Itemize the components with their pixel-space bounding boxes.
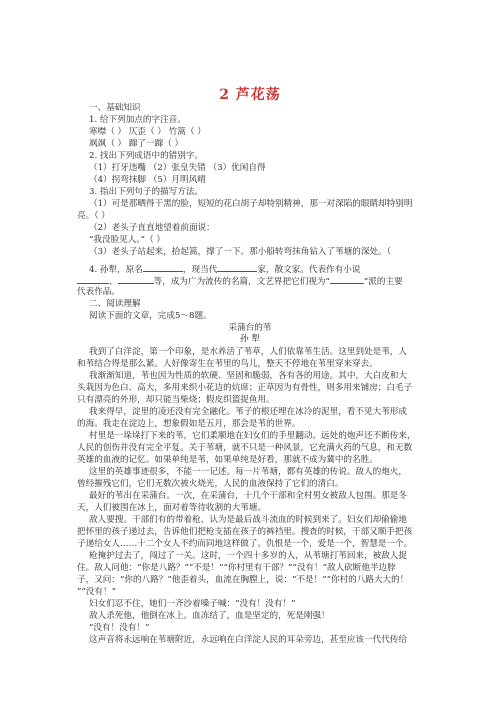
- question-1-row-2: 飒飒（ ） 蹿了一蹿（ ）: [89, 139, 183, 150]
- article-line: ”“没有！”: [77, 587, 116, 598]
- article-line: 敌人要搜。干部们有的带着枪，认为是最后战斗流血的时候到来了。妇女们却偷偷地: [89, 515, 407, 526]
- article-line: 这声音将永远响在苇塘附近，永远响在白洋淀人民的耳朵旁边，甚至应该一代代传给: [89, 635, 407, 646]
- reading-instruction: 阅读下面的文章，完成5～8题。: [89, 311, 212, 322]
- blank-profession[interactable]: [217, 263, 257, 272]
- question-2-prompt: 2. 找出下列成语中的错别字。: [89, 151, 203, 162]
- article-author: 孙 犁: [0, 334, 500, 345]
- q4-text-c: 家，散文家。代表作有小说: [257, 265, 360, 275]
- q4-text-e: 等，成为广为流传的名篇，文艺界把它们视为“: [154, 277, 330, 287]
- article-line: 村里是一垛垛打下来的苇，它们柔顺地在妇女们的手里翻动。远处的炮声还不断传来，: [89, 431, 416, 442]
- question-3-sentence-2a: （2）老头子直直地望着前面说：: [89, 223, 215, 234]
- article-line: 最好的苇出在采蒲台。一次，在采蒲台，十几个干部和全村男女被敌人包围。那是冬: [89, 491, 407, 502]
- question-4-line-2: 、等，成为广为流传的名篇，文艺界把它们视为“”派的主要: [77, 275, 403, 288]
- question-3-sentence-1a: （1）可是那晒得干黑的脸，短短的花白胡子却特别精神，那一对深陷的眼睛却特别明: [89, 199, 412, 210]
- article-line: 天，人们被围在冰上，面对着等待收割的大苇塘。: [77, 503, 266, 514]
- article-line: 曾经摧残它们，它们无数次被火烧光，人民的血液保持了它们的清白。: [77, 479, 343, 490]
- article-line: 枪掩护过去了，闯过了一关。这时，一个四十多岁的人，从苇塘打苇回来，被敌人捉: [89, 551, 407, 562]
- section-heading-basics: 一、基础知识: [89, 103, 141, 114]
- article-line: 住。敌人问他：“你是八路？”“不是！”“你村里有干部？”“没有！”敌人砍断他半边…: [77, 563, 396, 574]
- article-title: 采蒲台的苇: [0, 323, 500, 334]
- question-2-row-2: （4）拐弯抹脚 （5）月明风晴: [89, 175, 206, 186]
- article-line: 只有漂亮的外形，却只能当柴烧；假皮织篮捉鱼用。: [77, 395, 275, 406]
- question-2-row-1: （1）打牙违嘴 （2）张皇失错 （3）优闲自得: [89, 163, 266, 174]
- article-line: 我渐渐知道，苇也因为性质的软硬、坚固和脆弱，各有各的用途。其中，大白皮和大: [89, 371, 407, 382]
- q4-text-f: ”派的主要: [364, 277, 403, 287]
- article-line: 敌人杀死他，他倒在冰上。血冻结了，血是坚定的，死是刚强！: [89, 611, 330, 622]
- q4-text-a: 4. 孙犁，原名: [89, 265, 143, 275]
- q4-text-d: 、: [109, 277, 118, 287]
- article-line: 人民的创伤并没有完全平复。关于苇塘，就不只是一种风景，它充满火药的气息，和无数: [77, 443, 412, 454]
- article-line: 子递给女人……十二个女人不约而同地这样做了。仇恨是一个，爱是一个，智慧是一个。: [77, 539, 412, 550]
- blank-novel-1[interactable]: [77, 275, 109, 284]
- question-3-sentence-2b: “我没脸见人。”（ ）: [89, 235, 165, 246]
- document-page: 2 芦花荡 一、基础知识 1. 给下列加点的字注音。 寒噤（ ） 仄歪（ ） 竹…: [0, 0, 500, 708]
- article-line: 妇女们忍不住，她们一齐沙着嗓子喊：“没有！没有！”: [89, 599, 295, 610]
- question-4-line-3: 代表作品。: [77, 287, 120, 298]
- question-3-sentence-3: （3）老头子站起来，拾起篙，撑了一下。那小船转弯抹角钻入了苇塘的深处。（: [89, 247, 391, 258]
- blank-school-name[interactable]: [330, 275, 364, 284]
- article-line: 把怀里的孩子递过去，告诉他们把枪支插在孩子的裤裆里。搜查的时候，干部又顺手把孩: [77, 527, 412, 538]
- section-heading-reading: 二、阅读理解: [89, 299, 141, 310]
- page-title: 2 芦花荡: [0, 84, 500, 104]
- question-3-prompt: 3. 指出下列句子的描写方法。: [89, 187, 203, 198]
- question-1-row-1: 寒噤（ ） 仄歪（ ） 竹篙（ ）: [89, 127, 206, 138]
- article-line: 这里的英雄事迹很多，不能一一记述。每一片苇塘，都有英雄的传说。敌人的炮火，: [89, 467, 407, 478]
- article-line: 和苇结合得是那么紧。人好像寄生在苇里的鸟儿，整天不停地在苇里穿来穿去。: [77, 359, 378, 370]
- article-line: “没有！没有！”: [89, 623, 149, 634]
- blank-novel-2[interactable]: [118, 275, 154, 284]
- article-line: 英雄的血液的记忆。如果单纯是苇，如果单纯是好看，那就不成为冀中的名胜。: [77, 455, 378, 466]
- question-1-prompt: 1. 给下列加点的字注音。: [89, 115, 186, 126]
- q4-text-b: ，现当代: [183, 265, 217, 275]
- article-line: 头栽因为色白、高大，多用来织小花边的炕席；正草因为有骨性，则多用来铺房；白毛子: [77, 383, 412, 394]
- blank-original-name[interactable]: [143, 263, 183, 272]
- article-line: 我到了白洋淀，第一个印象，是水养活了苇草，人们依靠苇生活。这里到处是苇，人: [89, 347, 407, 358]
- article-line: 我来得早，淀里的凌还没有完全融化。苇子的根还埋在冰冷的泥里，看不见大苇形成: [89, 407, 407, 418]
- article-line: 子，又问：“你的八路？”他歪着头，血流在胸膛上，说：“不是！”“你村的八路大大的…: [77, 575, 408, 586]
- article-line: 的海。我走在淀边上，想象假如是五月，那会是苇的世界。: [77, 419, 300, 430]
- question-3-sentence-1b: 亮。（ ）: [77, 211, 110, 222]
